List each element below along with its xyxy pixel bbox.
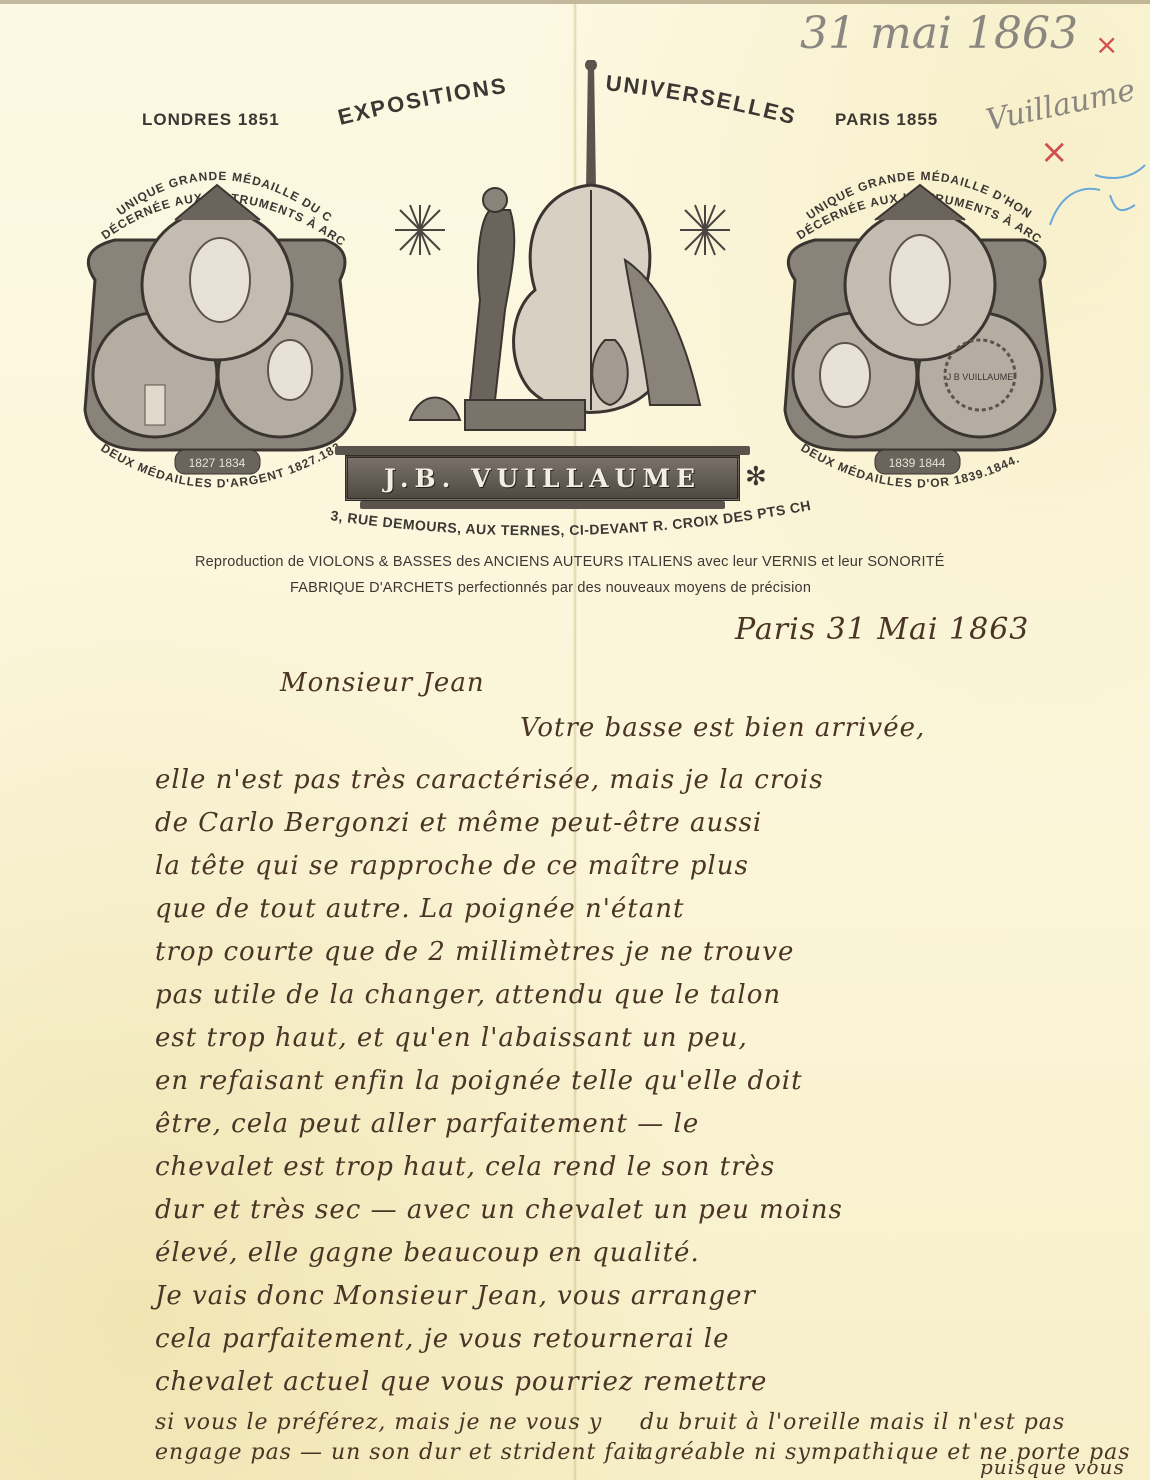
letter-dateline: Paris 31 Mai 1863 bbox=[735, 612, 1029, 647]
letter-line: pas utile de la changer, attendu que le … bbox=[155, 980, 781, 1010]
flower-ornament-icon: ✻ bbox=[745, 462, 767, 492]
tagline-fabrique: FABRIQUE D'ARCHETS perfectionnés par des… bbox=[290, 580, 811, 596]
letter-line: de Carlo Bergonzi et même peut-être auss… bbox=[155, 808, 762, 838]
red-x-mark-icon: × bbox=[1095, 28, 1118, 61]
left-medal-cluster: UNIQUE GRANDE MÉDAILLE DU COUNCIL DÉCERN… bbox=[55, 130, 375, 520]
letter-line: elle n'est pas très caractérisée, mais j… bbox=[155, 765, 824, 795]
letter-line: élevé, elle gagne beaucoup en qualité. bbox=[155, 1238, 700, 1268]
star-ornament-left-icon bbox=[395, 205, 445, 255]
double-bass-illustration bbox=[370, 60, 750, 455]
letter-line: chevalet actuel que vous pourriez remett… bbox=[155, 1367, 767, 1397]
right-medal-maker-name: J B VUILLAUME bbox=[947, 372, 1014, 382]
letter-line: chevalet est trop haut, cela rend le son… bbox=[155, 1152, 775, 1182]
address-text: 3, RUE DEMOURS, AUX TERNES, CI-DEVANT R.… bbox=[320, 500, 812, 538]
letter-line: engage pas — un son dur et strident fait bbox=[155, 1440, 646, 1465]
letter-line: dur et très sec — avec un chevalet un pe… bbox=[155, 1195, 843, 1225]
letter-page: 31 mai 1863 Vuillaume × × EXPOSITIONS UN… bbox=[0, 0, 1150, 1480]
letter-line: que de tout autre. La poignée n'étant bbox=[155, 894, 684, 924]
svg-text:3, RUE DEMOURS, AUX TERNES, CI: 3, RUE DEMOURS, AUX TERNES, CI-DEVANT R.… bbox=[320, 500, 812, 538]
maker-name: J.B. VUILLAUME bbox=[384, 464, 701, 493]
paris-title: PARIS 1855 bbox=[835, 110, 938, 130]
letter-line: est trop haut, et qu'en l'abaissant un p… bbox=[155, 1023, 748, 1053]
letter-line: être, cela peut aller parfaitement — le bbox=[155, 1109, 699, 1139]
letter-line: cela parfaitement, je vous retournerai l… bbox=[155, 1324, 729, 1354]
letter-line: si vous le préférez, mais je ne vous y bbox=[155, 1410, 602, 1435]
star-ornament-right-icon bbox=[680, 205, 730, 255]
pencil-date-annotation: 31 mai 1863 bbox=[800, 8, 1078, 59]
banner-cornice bbox=[335, 446, 750, 455]
tagline-reproduction: Reproduction de VIOLONS & BASSES des ANC… bbox=[195, 554, 945, 570]
londres-title: LONDRES 1851 bbox=[142, 110, 280, 130]
right-medal-cluster: UNIQUE GRANDE MÉDAILLE D'HONNEUR DÉCERNÉ… bbox=[770, 130, 1090, 520]
address-line: 3, RUE DEMOURS, AUX TERNES, CI-DEVANT R.… bbox=[320, 500, 820, 550]
letter-line: Je vais donc Monsieur Jean, vous arrange… bbox=[155, 1281, 756, 1311]
right-base-years: 1839 1844 bbox=[889, 456, 946, 470]
letter-line: Votre basse est bien arrivée, bbox=[520, 713, 925, 743]
letter-line: la tête qui se rapproche de ce maître pl… bbox=[155, 851, 749, 881]
letter-line: du bruit à l'oreille mais il n'est pas bbox=[640, 1410, 1065, 1435]
letter-line: en refaisant enfin la poignée telle qu'e… bbox=[155, 1066, 803, 1096]
letter-line: trop courte que de 2 millimètres je ne t… bbox=[155, 937, 794, 967]
letter-salutation: Monsieur Jean bbox=[280, 668, 485, 698]
left-base-years: 1827 1834 bbox=[189, 456, 246, 470]
pencil-name-annotation: Vuillaume bbox=[983, 73, 1138, 139]
letter-catchword: puisque vous bbox=[980, 1455, 1125, 1479]
maker-name-banner: J.B. VUILLAUME bbox=[345, 455, 740, 501]
